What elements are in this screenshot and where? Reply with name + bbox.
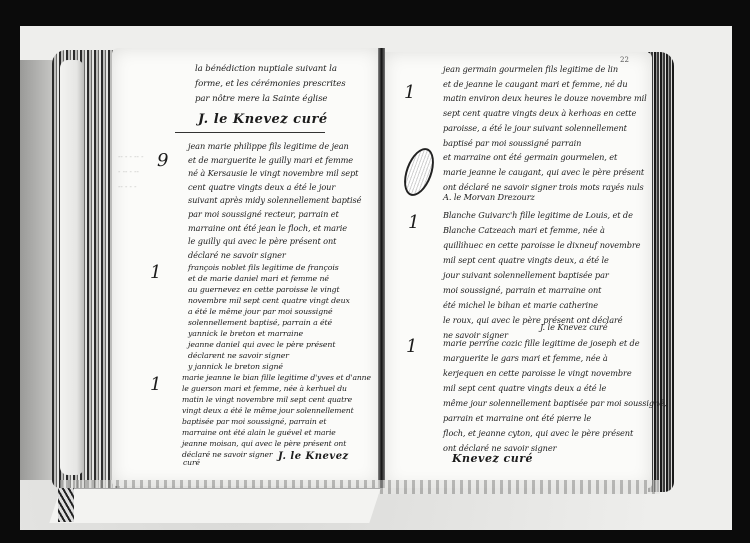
- text-line: baptisé par moi soussigné parrain: [443, 136, 647, 151]
- text-line: paroisse, a été le jour suivant solennel…: [443, 121, 647, 136]
- text-line: novembre mil sept cent quatre vingt deux: [188, 295, 350, 306]
- text-line: été michel le bihan et marie catherine: [443, 298, 640, 313]
- margin-mark: 1: [404, 82, 415, 103]
- text-line: moi soussigné, parrain et marraine ont: [443, 283, 640, 298]
- text-line: jour suivant solennellement baptisée par: [443, 268, 640, 283]
- text-line: parrain et marraine ont été pierre le: [443, 411, 666, 426]
- text-line: forme, et les cérémonies prescrites: [195, 77, 346, 92]
- text-line: françois noblet fils legitime de françoi…: [188, 262, 350, 273]
- text-line: sept cent quatre vingts deux à kerhoas e…: [443, 106, 647, 121]
- text-line: mil sept cent quatre vingts deux, a été …: [443, 253, 640, 268]
- text-line: par moi soussigné recteur, parrain et: [188, 208, 361, 222]
- entry-signature: J. le Knevez curé: [540, 320, 607, 335]
- baptism-entry: jean marie philippe fils legitime de jea…: [188, 140, 361, 262]
- baptism-entry: françois noblet fils legitime de françoi…: [188, 262, 350, 372]
- text-line: le guerson mari et femme, née à kerhuel …: [182, 383, 371, 394]
- text-line: vingt deux a été le même jour solennelle…: [182, 405, 371, 416]
- text-line: le guilly qui avec le père présent ont: [188, 235, 361, 249]
- left-top-signature: J. le Knevez curé: [198, 112, 328, 127]
- text-line: a été le même jour par moi soussigné: [188, 306, 350, 317]
- margin-mark: 1: [408, 212, 419, 233]
- loose-sheet-stripes: [58, 488, 74, 522]
- margin-mark: 1: [150, 262, 161, 283]
- text-line: suivant après midy solennellement baptis…: [188, 194, 361, 208]
- text-line: quillihuec en cette paroisse le dixneuf …: [443, 238, 640, 253]
- text-line: matin environ deux heures le douze novem…: [443, 91, 647, 106]
- text-line: déclaré ne savoir signer: [188, 249, 361, 263]
- text-line: par nôtre mere la Sainte église: [195, 92, 346, 107]
- text-line: jean marie philippe fils legitime de jea…: [188, 140, 361, 154]
- margin-mark: 9: [157, 150, 168, 171]
- text-line: Blanche Catzeach mari et femme, née à: [443, 223, 640, 238]
- entry-signature: J. le Knevez: [278, 449, 349, 464]
- text-line: né à Kersausie le vingt novembre mil sep…: [188, 167, 361, 181]
- baptism-entry: jean germain gourmelen fils legitime de …: [443, 62, 647, 194]
- text-line: jean germain gourmelen fils legitime de …: [443, 62, 647, 77]
- entry-signature-suffix: curé: [183, 455, 200, 470]
- separator-line: [175, 132, 325, 133]
- text-line: marraine ont été jean le floch, et marie: [188, 222, 361, 236]
- text-line: cent quatre vingts deux a été le jour: [188, 181, 361, 195]
- text-line: au guernevez en cette paroisse le vingt: [188, 284, 350, 295]
- text-line: mil sept cent quatre vingts deux a été l…: [443, 381, 666, 396]
- bleed-through-text: -- - - -- -- -- - ---- - - -: [118, 150, 143, 195]
- text-line: marie perrine cozic fille legitime de jo…: [443, 336, 666, 351]
- margin-mark: 1: [406, 336, 417, 357]
- book-gutter: [378, 48, 385, 488]
- folded-margin: [60, 60, 84, 475]
- text-line: solennellement baptisé, parrain a été: [188, 317, 350, 328]
- text-line: et de marie daniel mari et femme né: [188, 273, 350, 284]
- baptism-entry: marie perrine cozic fille legitime de jo…: [443, 336, 666, 456]
- text-line: yannick le breton et marraine: [188, 328, 350, 339]
- text-line: marie jeanne le bian fille legitime d'yv…: [182, 372, 371, 383]
- text-line: et marraine ont été germain gourmelen, e…: [443, 150, 647, 165]
- text-line: déclarent ne savoir signer: [188, 350, 350, 361]
- text-line: jeanne moisan, qui avec le père présent …: [182, 438, 371, 449]
- text-line: la bénédiction nuptiale suivant la: [195, 62, 346, 77]
- text-line: baptisée par moi soussigné, parrain et: [182, 416, 371, 427]
- text-line: marie jeanne le caugant, qui avec le pèr…: [443, 165, 647, 180]
- left-top-continuation: la bénédiction nuptiale suivant la forme…: [195, 62, 346, 108]
- text-line: Blanche Guivarc'h fille legitime de Loui…: [443, 208, 640, 223]
- loose-sheet: [49, 488, 380, 523]
- text-line: kerjequen en cette paroisse le vingt nov…: [443, 366, 666, 381]
- baptism-entry: marie jeanne le bian fille legitime d'yv…: [182, 372, 371, 460]
- text-line: matin le vingt novembre mil sept cent qu…: [182, 394, 371, 405]
- text-line: floch, et jeanne cyton, qui avec le père…: [443, 426, 666, 441]
- text-line: marguerite le gars mari et femme, née à: [443, 351, 666, 366]
- text-line: y jannick le breton signé: [188, 361, 350, 372]
- text-line: jeanne daniel qui avec le père présent: [188, 339, 350, 350]
- margin-mark: 1: [150, 374, 161, 395]
- text-line: même jour solennellement baptisée par mo…: [443, 396, 666, 411]
- text-line: et de jeanne le caugant mari et femme, n…: [443, 77, 647, 92]
- entry-signature: A. le Morvan Drezourz: [443, 190, 535, 205]
- entry-signature: Knevez curé: [452, 451, 533, 466]
- text-line: marraine ont été alain le guével et mari…: [182, 427, 371, 438]
- text-line: et de marguerite le guilly mari et femme: [188, 154, 361, 168]
